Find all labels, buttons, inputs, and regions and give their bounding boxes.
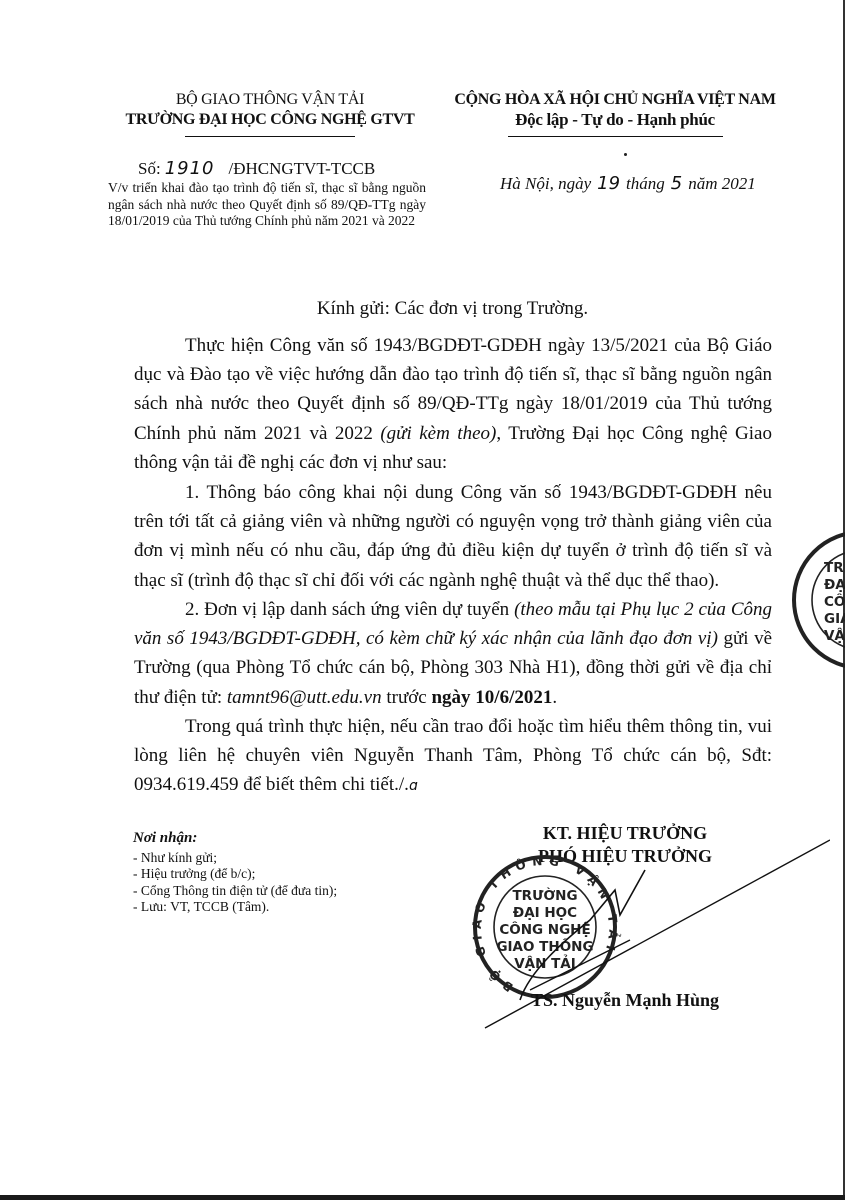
country-name: CỘNG HÒA XÃ HỘI CHỦ NGHĨA VIỆT NAM	[430, 90, 800, 110]
recipient-item: - Lưu: VT, TCCB (Tâm).	[133, 899, 337, 916]
svg-text:CÔNG NGHỆ: CÔNG NGHỆ	[824, 592, 845, 610]
recipient-item: - Như kính gửi;	[133, 850, 337, 867]
document-subject: V/v triển khai đào tạo trình độ tiến sĩ,…	[108, 180, 426, 230]
date-month-label: tháng	[626, 174, 665, 193]
item-2-text: 2. Đơn vị lập danh sách ứng viên dự tuyể…	[185, 599, 514, 620]
paragraph-item-1: 1. Thông báo công khai nội dung Công văn…	[134, 478, 772, 595]
recipient-item: - Cổng Thông tin điện tử (để đưa tin);	[133, 883, 337, 900]
item-2-before: trước	[382, 687, 432, 708]
svg-text:VẬN TẢI: VẬN TẢI	[824, 625, 845, 644]
recipient-item: - Hiệu trưởng (để b/c);	[133, 866, 337, 883]
svg-text:TRƯỜNG: TRƯỜNG	[824, 558, 845, 576]
school-name: TRƯỜNG ĐẠI HỌC CÔNG NGHỆ GTVT	[100, 110, 440, 130]
recipients-block: Nơi nhận: - Như kính gửi; - Hiệu trưởng …	[133, 830, 337, 916]
paragraph-intro: Thực hiện Công văn số 1943/BGDĐT-GDĐH ng…	[134, 331, 772, 477]
svg-text:ĐẠI HỌC: ĐẠI HỌC	[824, 577, 845, 593]
intro-attachment-note: (gửi kèm theo)	[380, 423, 496, 444]
signer-name: TS. Nguyễn Mạnh Hùng	[470, 990, 780, 1011]
date-month: 5	[671, 173, 682, 194]
item-2-end: .	[552, 687, 557, 708]
contact-text: Trong quá trình thực hiện, nếu cần trao …	[134, 716, 772, 795]
paragraph-contact: Trong quá trình thực hiện, nếu cần trao …	[134, 712, 772, 802]
initial-mark: ɑ	[409, 778, 418, 794]
number-label: Số:	[138, 159, 161, 178]
issuer-header: BỘ GIAO THÔNG VẬN TẢI TRƯỜNG ĐẠI HỌC CÔN…	[100, 90, 440, 137]
paragraph-item-2: 2. Đơn vị lập danh sách ứng viên dự tuyể…	[134, 595, 772, 712]
salutation: Kính gửi: Các đơn vị trong Trường.	[0, 298, 845, 320]
document-number: Số:1910/ĐHCNGTVT-TCCB	[138, 158, 375, 179]
contact-email: tamnt96@utt.edu.vn	[227, 687, 382, 708]
scan-edge-bottom	[0, 1195, 845, 1200]
svg-text:GIAO THÔNG: GIAO THÔNG	[824, 609, 845, 627]
edge-stamp-icon: TRƯỜNGĐẠI HỌCCÔNG NGHỆGIAO THÔNGVẬN TẢI	[782, 520, 845, 680]
national-header: CỘNG HÒA XÃ HỘI CHỦ NGHĨA VIỆT NAM Độc l…	[430, 90, 800, 137]
recipients-title: Nơi nhận:	[133, 830, 337, 847]
date-prefix: Hà Nội, ngày	[500, 174, 591, 193]
ministry-name: BỘ GIAO THÔNG VẬN TẢI	[100, 90, 440, 110]
handwritten-number: 1910	[165, 158, 215, 179]
motto-divider	[508, 136, 723, 137]
item-1-text: 1. Thông báo công khai nội dung Công văn…	[134, 478, 772, 595]
number-code: /ĐHCNGTVT-TCCB	[229, 159, 376, 178]
national-motto: Độc lập - Tự do - Hạnh phúc	[430, 110, 800, 130]
date-year: năm 2021	[688, 174, 756, 193]
dot-mark	[624, 153, 627, 156]
date-day: 19	[597, 173, 620, 194]
header-divider	[185, 136, 355, 137]
deadline: ngày 10/6/2021	[431, 687, 552, 708]
document-date: Hà Nội, ngày19tháng5năm 2021	[500, 173, 756, 194]
